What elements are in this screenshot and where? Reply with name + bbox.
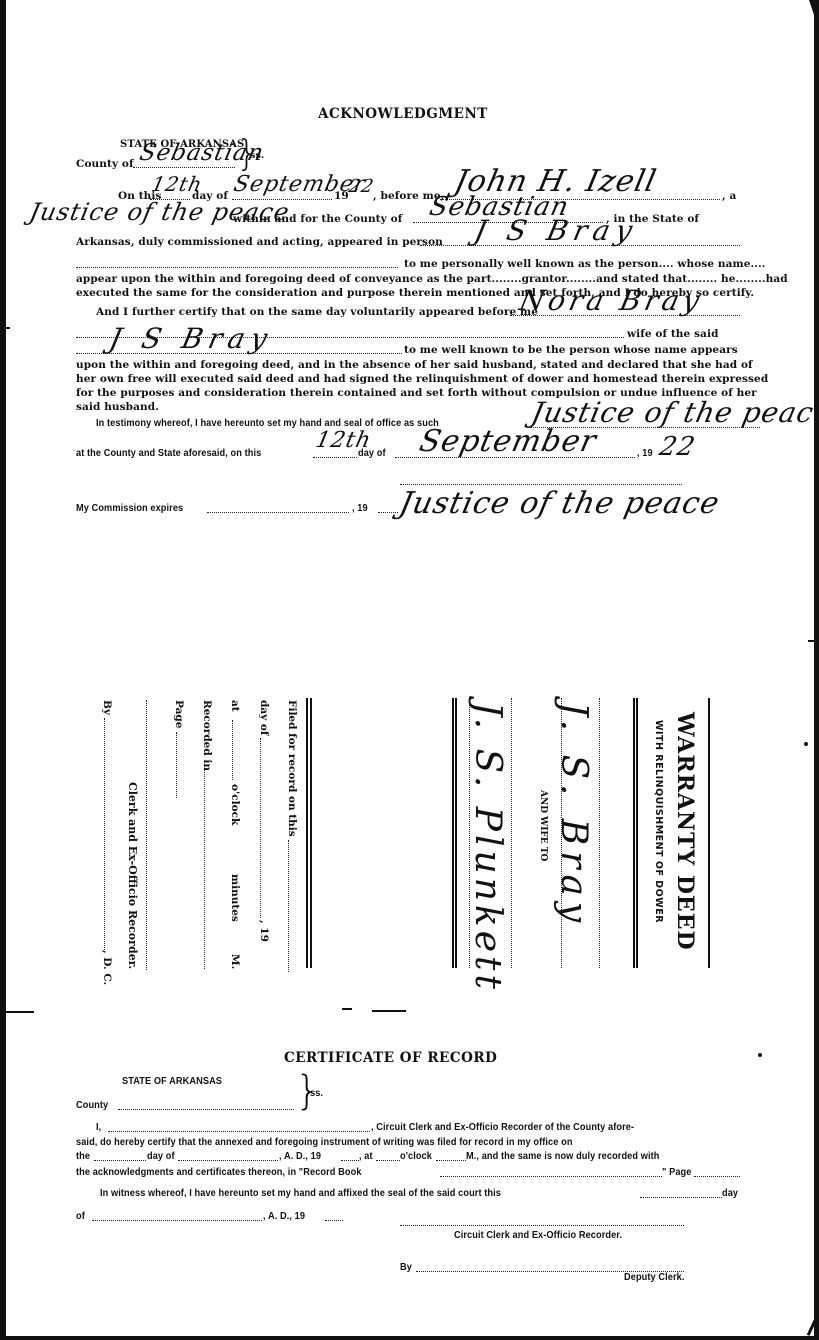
cert-witness-month-blank (92, 1211, 262, 1221)
warranty-deed-title: WARRANTY DEED (672, 712, 698, 951)
cert-month-blank (178, 1151, 278, 1161)
margin-dot (804, 742, 808, 746)
cert-of-label: of (76, 1211, 85, 1222)
cert-ad-label-2: , A. D., 19 (263, 1211, 305, 1222)
cert-the-label: the (76, 1151, 90, 1162)
circuit-clerk-label: Circuit Clerk and Ex-Officio Recorder. (454, 1230, 622, 1241)
day-of-filing-label: day of (258, 700, 270, 735)
recorded-in-blank (204, 764, 205, 969)
cert-by-label: By (400, 1262, 412, 1273)
cert-ad-label: , A. D., 19 (279, 1151, 321, 1162)
within-county-label: within and for the County of (233, 213, 402, 225)
margin-mark (0, 1011, 34, 1013)
clerk-signature-blank (146, 700, 147, 970)
rule-line (452, 698, 454, 968)
commission-year-blank (378, 503, 398, 513)
wife-handwritten: Nora Bray (516, 284, 706, 317)
oclock-label: o'clock (229, 784, 241, 825)
margin-mark (0, 327, 10, 329)
at-label: at (229, 700, 241, 712)
a-label: , a (722, 190, 736, 202)
cert-county-blank (118, 1100, 294, 1110)
year2-prefix: , 19 (637, 448, 653, 459)
grantee-handwritten: J. S. Plunkett (467, 702, 508, 993)
cert-year-blank (341, 1151, 359, 1161)
year2-handwritten: 22 (657, 432, 698, 462)
cert-page-blank (694, 1167, 740, 1177)
filing-year-label: , 19 (258, 920, 270, 942)
clerk-recorder-label: Clerk and Ex-Officio Recorder. (126, 782, 139, 969)
rule-line (306, 698, 308, 968)
recorded-in-label: Recorded in (201, 700, 213, 771)
cert-ss-label: ss. (310, 1088, 323, 1099)
wife-of-said-text: wife of the said (627, 328, 719, 340)
cert-witness-day-blank (640, 1188, 722, 1198)
minutes-label: minutes (229, 874, 241, 922)
personally-known-text: to me personally well known as the perso… (404, 258, 766, 270)
grantor-back-blank-2 (561, 698, 562, 968)
deputy-signature-blank (416, 1262, 684, 1272)
commission-blank (207, 503, 349, 513)
page-blank (176, 732, 177, 798)
cert-hour-blank (376, 1151, 400, 1161)
by-label: By (101, 700, 113, 715)
county-label: County of (76, 158, 134, 170)
scan-edge-left (0, 0, 6, 1340)
cert-state-label: STATE OF ARKANSAS (122, 1076, 222, 1087)
cert-clerk-text: , Circuit Clerk and Ex-Officio Recorder … (371, 1122, 634, 1133)
by-blank (104, 718, 105, 950)
grantor-back-handwritten: J. S. Bray (553, 702, 594, 928)
filed-for-record-text: Filed for record on this (286, 700, 298, 837)
commissioned-text: Arkansas, duly commissioned and acting, … (76, 236, 443, 248)
day-of-label-2: day of (358, 448, 386, 459)
rule-line (708, 698, 710, 968)
justice-signature-handwritten: Justice of the peace (396, 486, 723, 521)
rule-line (455, 698, 457, 968)
cert-day-label: day (722, 1188, 738, 1199)
cert-day-of-label: day of (147, 1151, 175, 1162)
cert-witness-year-blank (325, 1211, 343, 1221)
hour-blank (232, 720, 233, 780)
testimony-text: In testimony whereof, I have hereunto se… (96, 418, 439, 429)
rule-line (636, 698, 638, 968)
scan-edge-right (814, 0, 819, 1340)
month2-handwritten: September (416, 424, 600, 459)
county-state-aforesaid-text: at the County and State aforesaid, on th… (76, 448, 261, 459)
further-certify-text: And I further certify that on the same d… (96, 306, 538, 318)
blank-line (76, 258, 398, 268)
grantee-blank-2 (469, 698, 470, 968)
record-book-blank (440, 1167, 662, 1177)
grantor-handwritten: J S Bray (471, 214, 641, 247)
commission-year-prefix: , 19 (352, 503, 368, 514)
dc-label: , D. C. (101, 950, 113, 985)
free-will-text: her own free will executed said deed and… (76, 373, 768, 385)
cert-at-label: , at (359, 1151, 373, 1162)
commission-expires-text: My Commission expires (76, 503, 183, 514)
cert-minute-blank (436, 1151, 466, 1161)
cert-recorded-with-text: M., and the same is now duly recorded wi… (466, 1151, 660, 1162)
filed-blank (288, 840, 289, 972)
m-label: M. (229, 954, 241, 969)
year-handwritten: 22 (347, 176, 376, 197)
filing-day-blank (260, 738, 261, 918)
page-label: Page (173, 700, 185, 728)
rule-line (633, 698, 635, 968)
grantor-back-blank (599, 698, 600, 968)
margin-dot (758, 1053, 762, 1057)
said-husband-text: said husband. (76, 401, 159, 413)
deputy-clerk-label: Deputy Clerk. (624, 1272, 685, 1283)
relinquishment-subtitle: WITH RELINQUISHMENT OF DOWER (653, 720, 664, 923)
acknowledgment-title: ACKNOWLEDGMENT (318, 106, 488, 122)
and-wife-to-label: AND WIFE TO (538, 790, 548, 861)
rule-line (310, 698, 312, 968)
clerk-name-blank (108, 1122, 370, 1132)
signature-line (400, 484, 682, 485)
grantee-blank (511, 698, 512, 968)
scanned-document-page: ACKNOWLEDGMENT STATE OF ARKANSAS County … (0, 0, 819, 1340)
circuit-clerk-signature-line (400, 1225, 684, 1226)
stray-mark (372, 1010, 406, 1012)
well-known-text: to me well known to be the person whose … (404, 344, 738, 356)
cert-record-book-text: the acknowledgments and certificates the… (76, 1167, 362, 1178)
scan-edge-bottom (0, 1336, 819, 1340)
husband-handwritten: J S Bray (106, 322, 276, 355)
cert-certify-text: said, do hereby certify that the annexed… (76, 1137, 573, 1148)
cert-oclock-label: o'clock (400, 1151, 432, 1162)
stray-mark (342, 1008, 352, 1010)
ss-label: ss. (250, 150, 264, 161)
certificate-title: CERTIFICATE OF RECORD (284, 1050, 497, 1066)
cert-day-blank (94, 1151, 146, 1161)
cert-county-label: County (76, 1100, 108, 1111)
cert-i-label: I, (96, 1122, 101, 1133)
margin-mark (808, 640, 819, 642)
upon-within-text: upon the within and foregoing deed, and … (76, 359, 753, 371)
scan-edge-corner (809, 0, 819, 30)
cert-page-label: " Page (662, 1167, 691, 1178)
cert-witness-text: In witness whereof, I have hereunto set … (100, 1188, 501, 1199)
